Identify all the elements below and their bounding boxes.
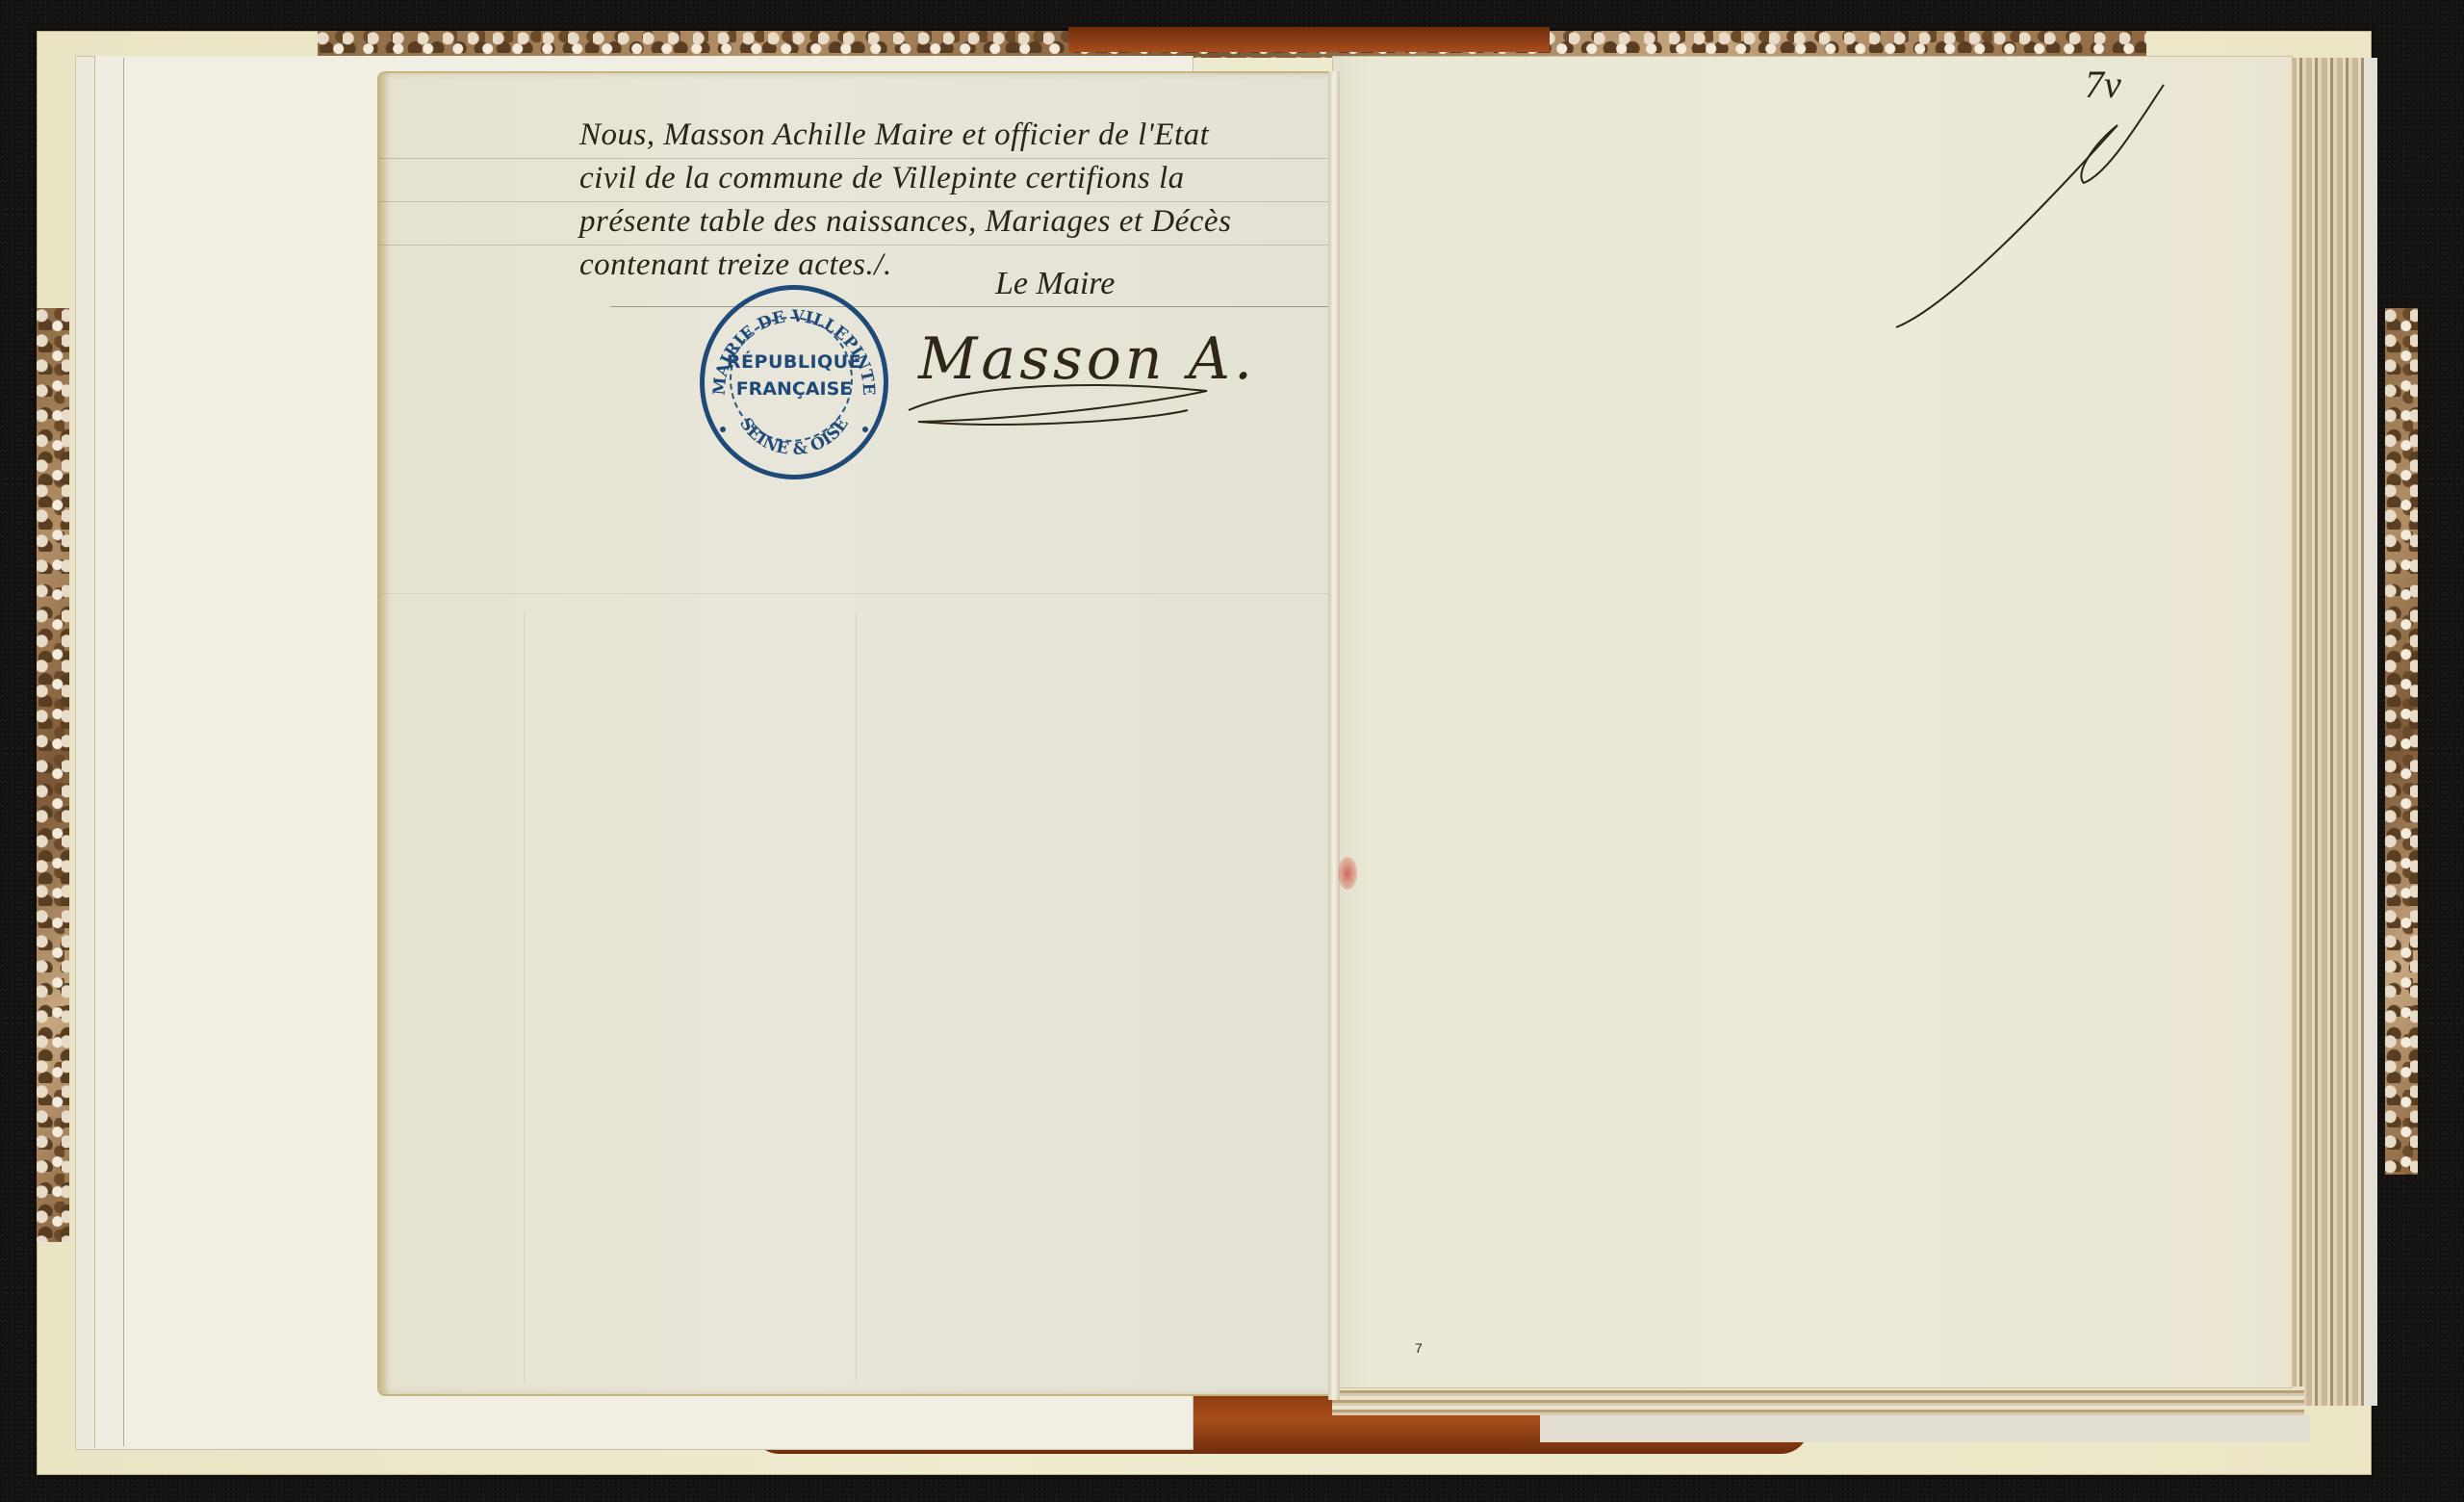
certification-line-2: civil de la commune de Villepinte certif… (579, 157, 1330, 200)
mairie-stamp: MAIRIE DE VILLEPINTE (SEINE & OISE) RÉPU… (700, 285, 888, 479)
red-stain-mark (1338, 857, 1357, 890)
stamp-republique: RÉPUBLIQUE (705, 351, 884, 373)
leather-spine-top (1068, 27, 1550, 52)
page-edges-bottom (1332, 1386, 2304, 1415)
marbled-paper-left (37, 308, 69, 1242)
folio-flourish-icon (1886, 67, 2175, 337)
page-edges-bottom-sheet (1540, 1415, 2310, 1442)
folio-number: 7v (2085, 62, 2121, 107)
certification-line-4: contenant treize actes./. (579, 244, 1330, 287)
certification-line-3: présente table des naissances, Mariages … (579, 200, 1330, 244)
signature-flourish-icon (899, 362, 1226, 439)
signatory-title: Le Maire (995, 266, 1115, 302)
faded-column-line (524, 612, 525, 1383)
faded-ruled-line (379, 593, 1334, 594)
faded-column-line (856, 612, 857, 1383)
certification-text: Nous, Masson Achille Maire et officier d… (579, 114, 1330, 287)
book-gutter (1328, 71, 1340, 1400)
left-page: Nous, Masson Achille Maire et officier d… (377, 71, 1336, 1396)
marbled-paper-right (2385, 308, 2418, 1175)
stamp-francaise: FRANÇAISE (705, 378, 884, 400)
page-bottom-mark: 7 (1415, 1340, 1423, 1356)
page-edges-stack (2291, 58, 2377, 1406)
certification-line-1: Nous, Masson Achille Maire et officier d… (579, 114, 1330, 157)
